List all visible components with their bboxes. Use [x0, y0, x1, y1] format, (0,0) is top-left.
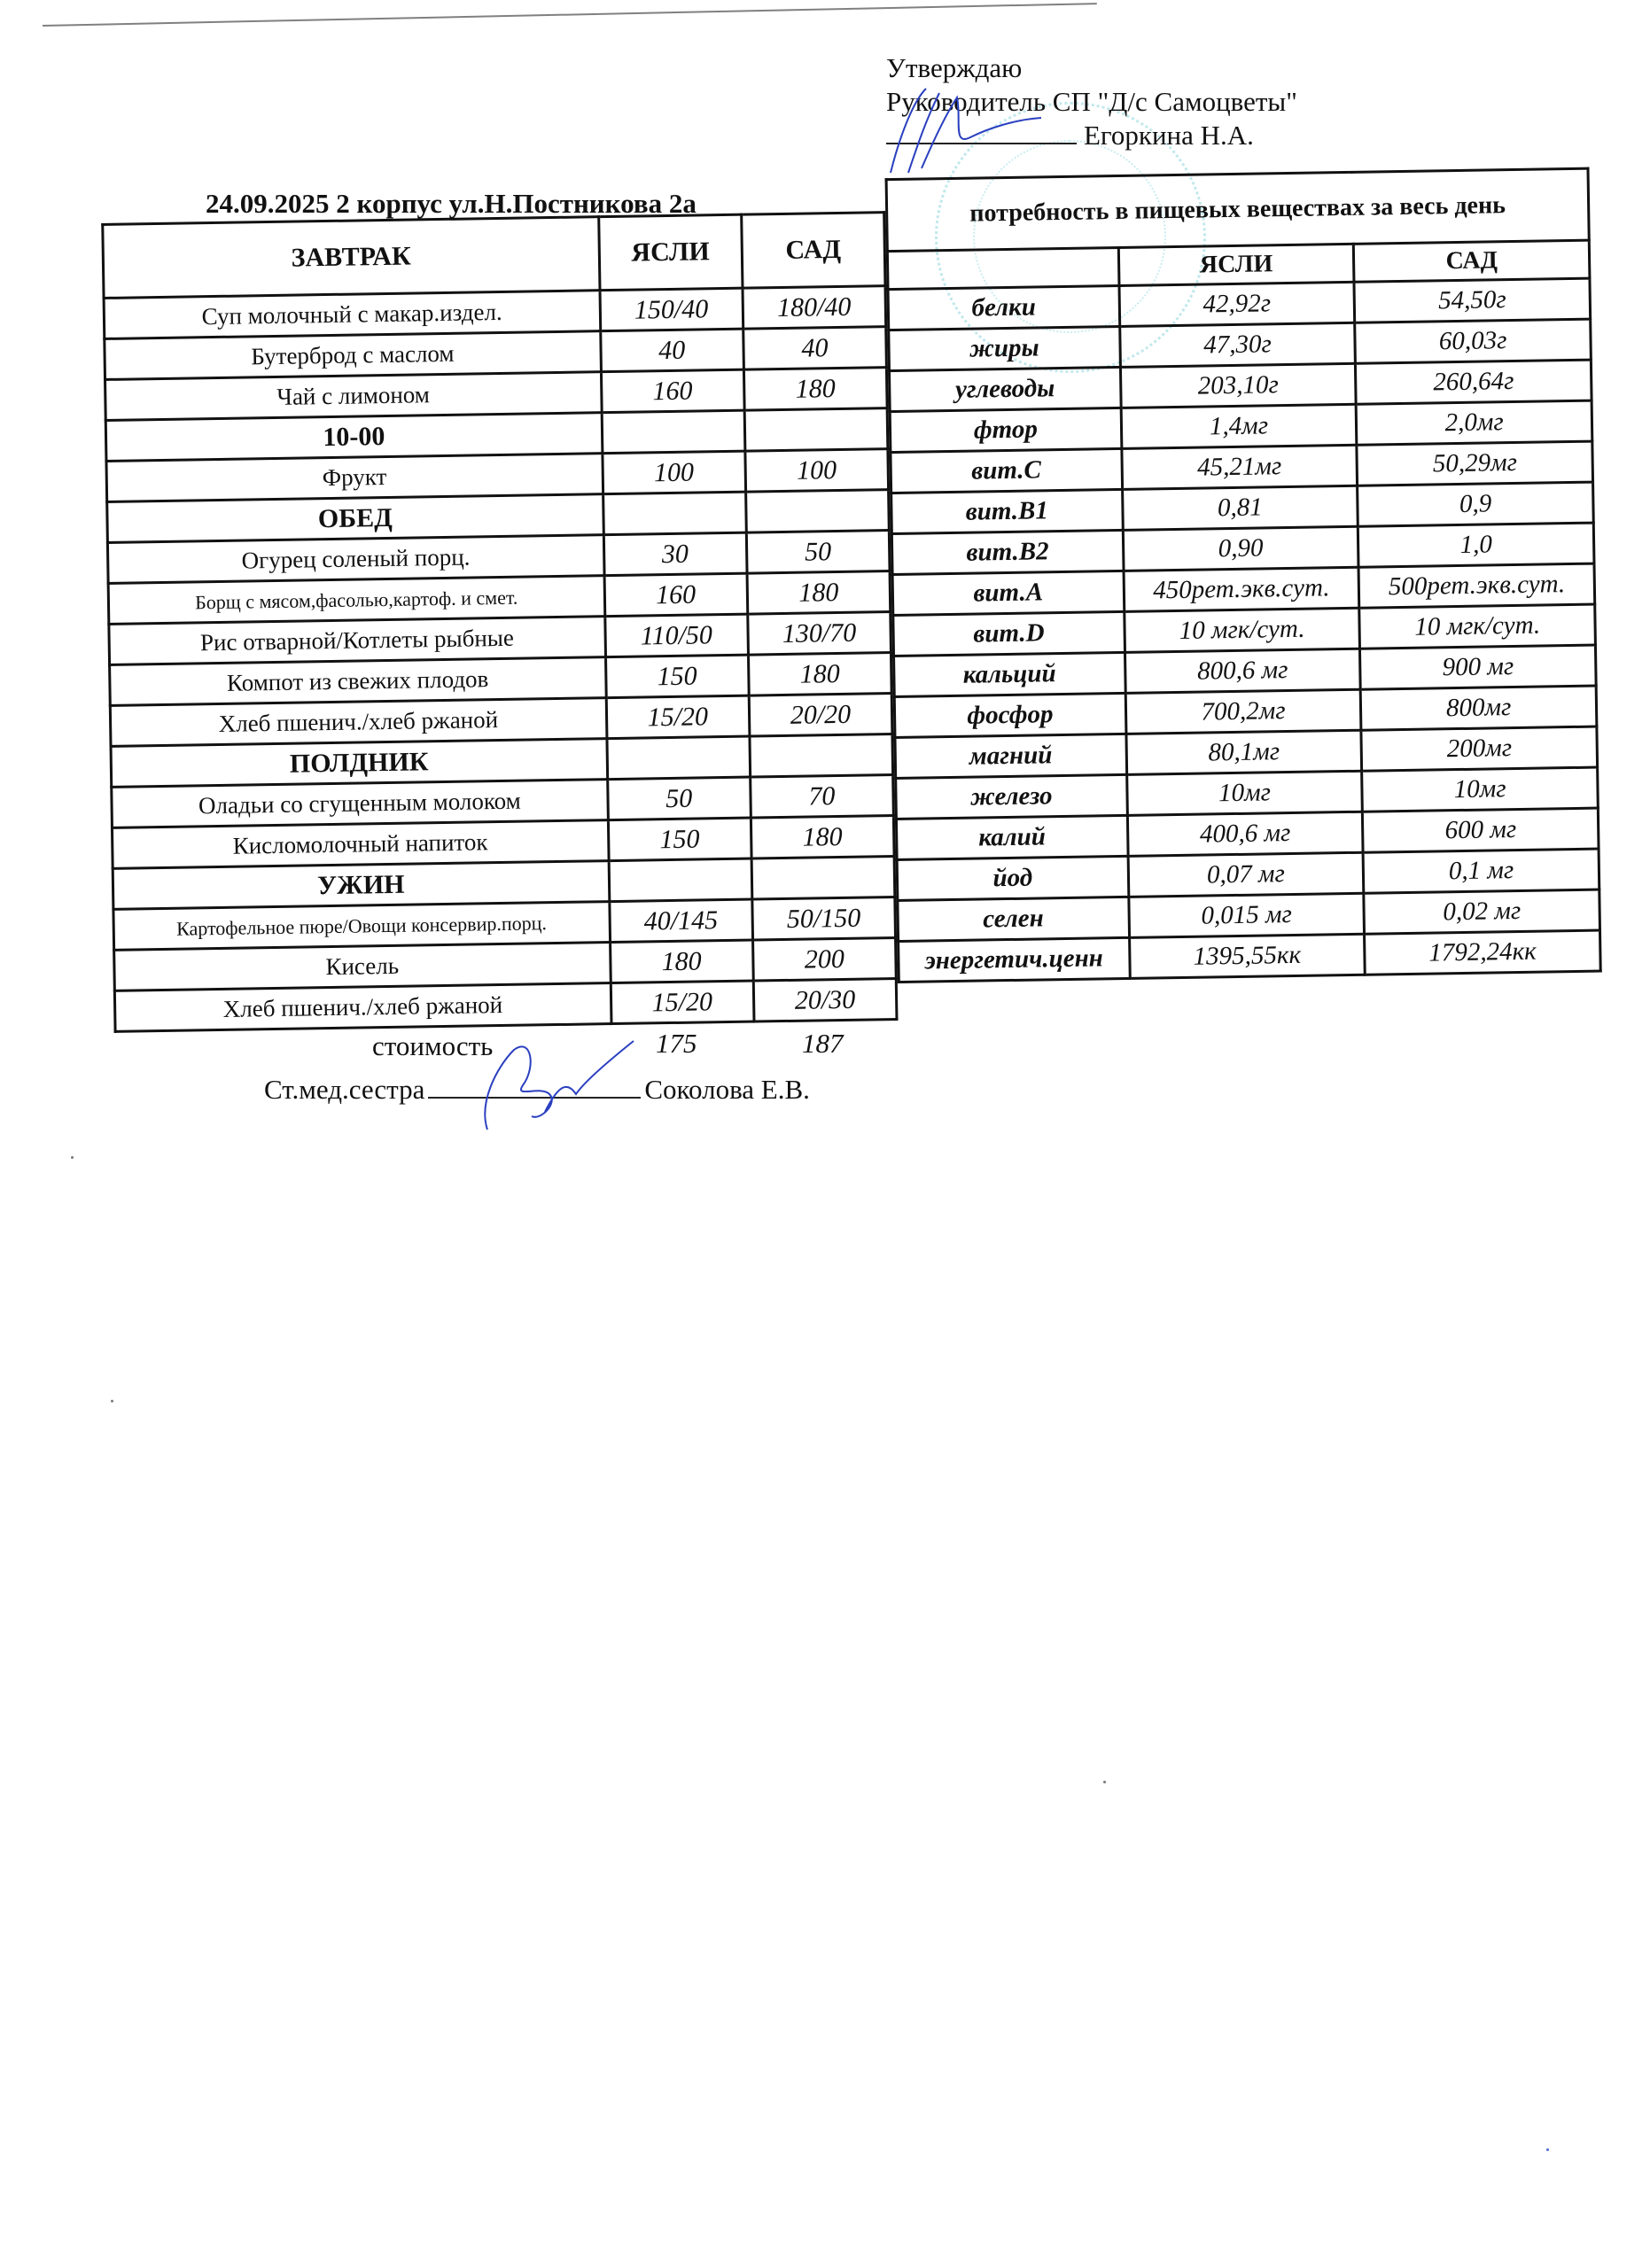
- portion-garden: 130/70: [748, 612, 891, 656]
- nutrient-garden: 0,02 мг: [1364, 889, 1599, 934]
- nutrient-name: калий: [896, 815, 1127, 859]
- nutrient-nursery: 0,015 мг: [1128, 893, 1364, 937]
- nutrient-garden: 800мг: [1360, 686, 1596, 730]
- dish-name: Хлеб пшенич./хлеб ржаной: [114, 983, 611, 1032]
- nutrient-name: вит.В2: [891, 530, 1123, 574]
- nutrient-garden: 60,03г: [1355, 319, 1591, 363]
- portion-garden: [750, 734, 893, 778]
- portion-nursery: [602, 410, 745, 454]
- nutrient-garden: 2,0мг: [1356, 400, 1592, 445]
- portion-nursery: 150: [605, 655, 749, 698]
- portion-garden: 180: [743, 368, 887, 411]
- portion-nursery: [603, 492, 746, 535]
- portion-garden: 20/20: [749, 694, 892, 737]
- header-nursery: ЯСЛИ: [598, 214, 743, 291]
- nutrient-nursery: 400,6 мг: [1127, 812, 1363, 856]
- nutrient-garden: 1792,24кк: [1365, 930, 1600, 975]
- nutrient-nursery: 1395,55кк: [1129, 934, 1365, 978]
- nutrient-garden: 900 мг: [1360, 645, 1596, 689]
- nutrient-name: жиры: [889, 326, 1120, 370]
- cost-garden: 187: [802, 1028, 844, 1060]
- nutrient-garden: 50,29мг: [1357, 441, 1592, 485]
- nutrient-name: селен: [898, 897, 1129, 941]
- nutrient-nursery: 10мг: [1126, 771, 1362, 815]
- nutrient-name: энергетич.ценн: [899, 937, 1130, 982]
- nutrient-garden: 0,9: [1358, 482, 1593, 526]
- menu-header-row: ЗАВТРАК ЯСЛИ САД: [103, 213, 885, 299]
- nutrient-nursery: 10 мгк/сут.: [1124, 608, 1359, 652]
- portion-nursery: 180: [610, 940, 753, 983]
- portion-nursery: 150: [608, 818, 751, 861]
- nutrient-garden: 0,1 мг: [1363, 849, 1599, 893]
- nurse-signature-icon: [461, 1032, 638, 1143]
- nurse-title: Ст.мед.сестра: [264, 1074, 424, 1105]
- nutrition-subheader-blank: [887, 247, 1118, 289]
- nutrient-name: железо: [896, 774, 1127, 819]
- nutrient-name: вит.D: [893, 611, 1125, 656]
- portion-nursery: 160: [601, 369, 744, 413]
- portion-garden: [744, 408, 888, 452]
- nutrient-name: кальций: [894, 652, 1125, 696]
- nutrient-nursery: 700,2мг: [1125, 689, 1361, 734]
- nutrient-nursery: 800,6 мг: [1125, 649, 1360, 693]
- nutrition-header: потребность в пищевых веществах за весь …: [886, 168, 1589, 251]
- portion-garden: 40: [743, 327, 887, 370]
- nutrient-garden: 600 мг: [1363, 808, 1599, 852]
- nutrient-nursery: 1,4мг: [1121, 404, 1357, 448]
- nutrient-nursery: 203,10г: [1120, 363, 1356, 408]
- portion-garden: 50: [746, 531, 890, 574]
- nutrient-nursery: 450рет.экв.сут.: [1124, 567, 1359, 611]
- portion-garden: 180: [748, 653, 891, 696]
- tables-wrapper: ЗАВТРАК ЯСЛИ САД Суп молочный с макар.из…: [0, 0, 1650, 1153]
- scan-speck: [1103, 1781, 1106, 1783]
- portion-nursery: 40: [600, 329, 743, 372]
- nutrition-header-garden: САД: [1354, 240, 1590, 282]
- nutrient-nursery: 42,92г: [1119, 282, 1355, 326]
- portion-nursery: 150/40: [600, 288, 743, 331]
- portion-garden: 180: [751, 816, 894, 859]
- nutrient-garden: 1,0: [1358, 523, 1594, 567]
- nutrient-garden: 10 мгк/сут.: [1359, 604, 1595, 649]
- nutrient-name: магний: [895, 734, 1126, 778]
- portion-garden: 100: [745, 449, 889, 493]
- nutrient-name: йод: [897, 856, 1128, 900]
- nutrient-garden: 260,64г: [1356, 360, 1592, 404]
- portion-garden: [751, 857, 895, 900]
- nutrient-name: вит.А: [892, 571, 1124, 615]
- portion-garden: 200: [752, 938, 896, 982]
- nutrient-garden: 500рет.экв.сут.: [1358, 563, 1594, 608]
- nutrition-table: потребность в пищевых веществах за весь …: [885, 167, 1602, 983]
- portion-garden: 20/30: [753, 979, 897, 1022]
- nutrient-garden: 10мг: [1362, 767, 1598, 812]
- nutrient-name: фтор: [890, 408, 1121, 452]
- portion-nursery: 100: [602, 451, 745, 494]
- portion-garden: 50/150: [752, 897, 896, 941]
- nutrient-nursery: 45,21мг: [1122, 445, 1358, 489]
- header-garden: САД: [742, 213, 885, 289]
- portion-nursery: [607, 736, 751, 780]
- nutrient-garden: 54,50г: [1354, 278, 1590, 322]
- portion-garden: [745, 490, 889, 533]
- portion-nursery: 40/145: [609, 899, 752, 943]
- portion-nursery: 15/20: [606, 695, 750, 739]
- portion-garden: 180: [747, 571, 891, 615]
- nutrient-name: вит.С: [891, 448, 1122, 493]
- nutrient-nursery: 0,90: [1123, 526, 1358, 571]
- portion-nursery: 110/50: [604, 614, 748, 657]
- portion-nursery: [609, 858, 752, 902]
- nutrient-name: углеводы: [889, 367, 1120, 411]
- portion-garden: 70: [750, 775, 893, 819]
- portion-nursery: 160: [604, 573, 748, 617]
- nurse-name: Соколова Е.В.: [644, 1074, 810, 1105]
- nutrient-nursery: 0,81: [1122, 485, 1358, 530]
- nutrient-name: белки: [888, 285, 1119, 330]
- scan-speck: [111, 1400, 113, 1402]
- nutrient-name: фосфор: [894, 693, 1125, 737]
- portion-nursery: 30: [603, 532, 747, 576]
- portion-garden: 180/40: [743, 286, 886, 330]
- scan-speck: [71, 1156, 74, 1159]
- nutrient-nursery: 80,1мг: [1126, 730, 1362, 774]
- nutrition-header-row: потребность в пищевых веществах за весь …: [886, 168, 1589, 251]
- header-meal: ЗАВТРАК: [103, 217, 600, 299]
- portion-nursery: 15/20: [611, 981, 754, 1024]
- nutrient-name: вит.В1: [891, 489, 1123, 533]
- nutrition-header-nursery: ЯСЛИ: [1118, 244, 1354, 285]
- cost-nursery: 175: [656, 1028, 697, 1060]
- portion-nursery: 50: [607, 777, 751, 820]
- nutrient-nursery: 0,07 мг: [1128, 852, 1364, 897]
- nutrient-nursery: 47,30г: [1119, 322, 1355, 367]
- scan-speck: [1546, 2148, 1549, 2151]
- nutrient-garden: 200мг: [1361, 726, 1597, 771]
- menu-table: ЗАВТРАК ЯСЛИ САД Суп молочный с макар.из…: [101, 211, 898, 1033]
